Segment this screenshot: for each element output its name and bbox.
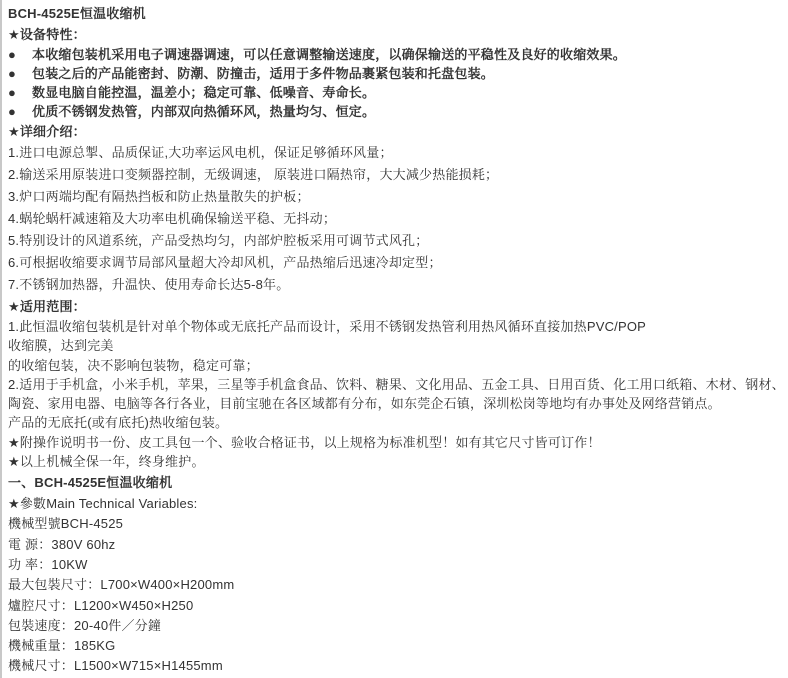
scope-line: 产品的无底托(或有底托)热收缩包装。: [8, 413, 786, 432]
detail-item: 7.不锈钢加热器，升温快、使用寿命长达5-8年。: [8, 274, 786, 296]
spec-line-chamber-size: 爐腔尺寸：L1200×W450×H250: [8, 596, 786, 616]
spec-line-machine-weight: 機械重量：185KG: [8, 636, 786, 656]
scope-line: 1.此恒温收缩包装机是针对单个物体或无底托产品而设计，采用不锈钢发热管利用热风循…: [8, 317, 786, 336]
feature-item: ● 优质不锈钢发热管，内部双向热循环风，热量均匀、恒定。: [8, 102, 786, 121]
scope-line: 的收缩包装，决不影响包装物，稳定可靠；: [8, 356, 786, 375]
feature-item: ● 数显电脑自能控温，温差小；稳定可靠、低噪音、寿命长。: [8, 83, 786, 102]
detail-item: 5.特别设计的风道系统，产品受热均匀，内部炉腔板采用可调节式风孔；: [8, 230, 786, 252]
details-heading: ★详细介绍：: [8, 121, 786, 142]
scope-line: 陶瓷、家用电器、电脑等各行各业，目前宝驰在各区域都有分布，如东莞企石镇，深圳松岗…: [8, 394, 786, 413]
bullet-icon: ●: [8, 64, 32, 83]
spec-section-heading: 一、BCH-4525E恒温收缩机: [8, 472, 786, 493]
note-line: ★附操作说明书一份、皮工具包一个、验收合格证书，以上规格为标准机型！如有其它尺寸…: [8, 433, 786, 452]
left-edge-divider: [0, 0, 2, 678]
page-title: BCH-4525E恒温收缩机: [8, 4, 786, 24]
detail-item: 3.炉口两端均配有隔热挡板和防止热量散失的护板；: [8, 186, 786, 208]
note-line: ★以上机械全保一年，终身维护。: [8, 452, 786, 471]
bullet-icon: ●: [8, 102, 32, 121]
detail-item: 2.输送采用原装进口变频器控制，无级调速， 原装进口隔热帘，大大减少热能损耗；: [8, 164, 786, 186]
detail-item: 1.进口电源总掣、品质保证,大功率运风电机，保证足够循环风量；: [8, 142, 786, 164]
document-body: BCH-4525E恒温收缩机 ★设备特性： ● 本收缩包装机采用电子调速器调速，…: [0, 0, 786, 677]
spec-line-wattage: 功 率：10KW: [8, 555, 786, 575]
detail-item: 6.可根据收缩要求调节局部风量超大冷却风机，产品热缩后迅速冷却定型；: [8, 252, 786, 274]
spec-line-machine-size: 機械尺寸：L1500×W715×H1455mm: [8, 656, 786, 676]
spec-line-power-source: 電 源：380V 60hz: [8, 535, 786, 555]
spec-subheading: ★參數Main Technical Variables:: [8, 493, 786, 514]
scope-line: 收缩膜，达到完美: [8, 336, 786, 355]
scope-line: 2.适用于手机盒，小米手机，苹果，三星等手机盒食品、饮料、糖果、文化用品、五金工…: [8, 375, 786, 394]
feature-item: ● 本收缩包装机采用电子调速器调速，可以任意调整输送速度，以确保输送的平稳性及良…: [8, 45, 786, 64]
bullet-icon: ●: [8, 83, 32, 102]
spec-line-packing-speed: 包裝速度：20-40件／分鐘: [8, 616, 786, 636]
scope-heading: ★适用范围：: [8, 296, 786, 317]
product-description-page: { "page": { "title": "BCH-4525E恒温收缩机", "…: [0, 0, 788, 678]
spec-line-max-package-size: 最大包裝尺寸：L700×W400×H200mm: [8, 575, 786, 595]
detail-item: 4.蜗轮蜗杆减速箱及大功率电机确保输送平稳、无抖动；: [8, 208, 786, 230]
bullet-icon: ●: [8, 45, 32, 64]
spec-line-model: 機械型號BCH-4525: [8, 514, 786, 534]
feature-item-text: 数显电脑自能控温，温差小；稳定可靠、低噪音、寿命长。: [32, 83, 375, 102]
feature-item-text: 优质不锈钢发热管，内部双向热循环风，热量均匀、恒定。: [32, 102, 375, 121]
feature-item-text: 包装之后的产品能密封、防潮、防撞击，适用于多件物品裹紧包装和托盘包装。: [32, 64, 494, 83]
feature-item-text: 本收缩包装机采用电子调速器调速，可以任意调整输送速度，以确保输送的平稳性及良好的…: [32, 45, 626, 64]
feature-item: ● 包装之后的产品能密封、防潮、防撞击，适用于多件物品裹紧包装和托盘包装。: [8, 64, 786, 83]
features-heading: ★设备特性：: [8, 24, 786, 45]
